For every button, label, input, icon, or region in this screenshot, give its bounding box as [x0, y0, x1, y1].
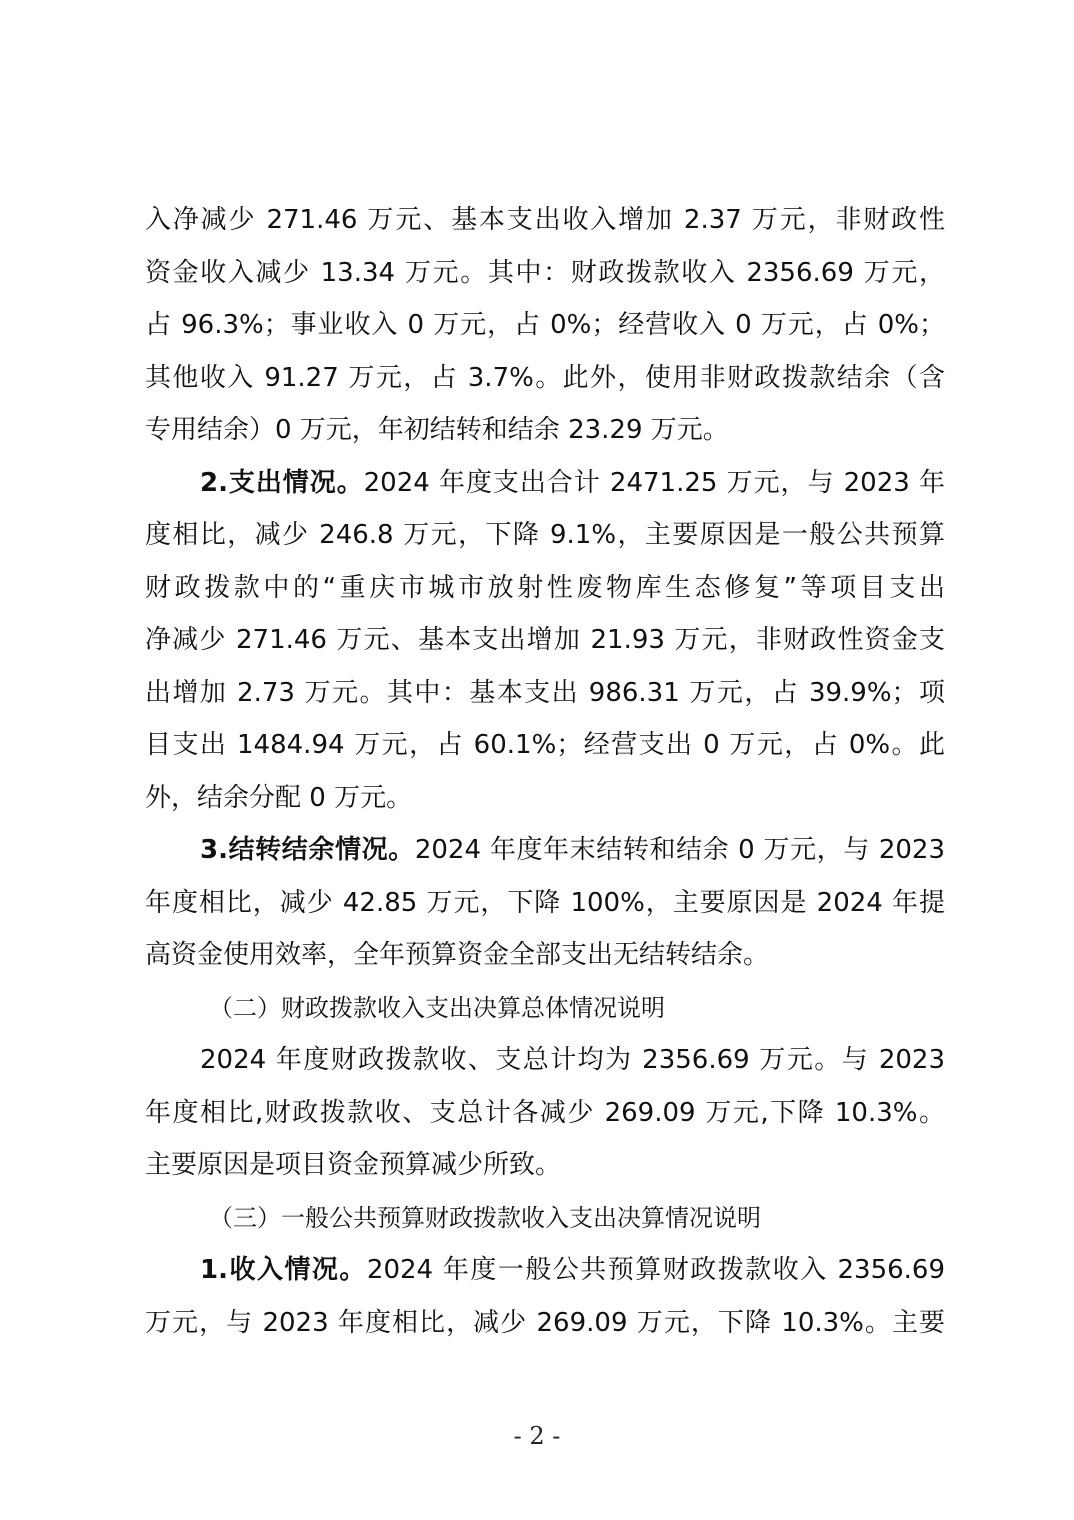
paragraph-line: 目支出 1484.94 万元，占 60.1%；经营支出 0 万元，占 0%。此: [145, 719, 945, 772]
carryover-first-line-text: 2024 年度年末结转和结余 0 万元，与 2023: [415, 835, 945, 865]
paragraph-line: 外，结余分配 0 万元。: [145, 772, 945, 825]
expenditure-paragraph-first-line: 2.支出情况。2024 年度支出合计 2471.25 万元，与 2023 年: [145, 457, 945, 510]
paragraph-line: 占 96.3%；事业收入 0 万元，占 0%；经营收入 0 万元，占 0%；: [145, 299, 945, 352]
paragraph-line: 万元，与 2023 年度相比，减少 269.09 万元，下降 10.3%。主要: [145, 1297, 945, 1350]
paragraph-line: 专用结余）0 万元，年初结转和结余 23.29 万元。: [145, 404, 945, 457]
income-paragraph-first-line: 1.收入情况。2024 年度一般公共预算财政拨款收入 2356.69: [145, 1244, 945, 1297]
paragraph-line: 其他收入 91.27 万元，占 3.7%。此外，使用非财政拨款结余（含: [145, 352, 945, 405]
expenditure-label: 2.支出情况。: [200, 468, 364, 498]
paragraph-line: 资金收入减少 13.34 万元。其中：财政拨款收入 2356.69 万元，: [145, 247, 945, 300]
document-page: 入净减少 271.46 万元、基本支出收入增加 2.37 万元，非财政性 资金收…: [145, 194, 945, 1349]
section-heading-2: （二）财政拨款收入支出决算总体情况说明: [145, 982, 945, 1035]
paragraph-line: 出增加 2.73 万元。其中：基本支出 986.31 万元，占 39.9%；项: [145, 667, 945, 720]
paragraph-line: 年度相比，减少 42.85 万元，下降 100%，主要原因是 2024 年提: [145, 877, 945, 930]
paragraph-line: 2024 年度财政拨款收、支总计均为 2356.69 万元。与 2023: [145, 1034, 945, 1087]
section-heading-3: （三）一般公共预算财政拨款收入支出决算情况说明: [145, 1192, 945, 1245]
carryover-paragraph-first-line: 3.结转结余情况。2024 年度年末结转和结余 0 万元，与 2023: [145, 824, 945, 877]
paragraph-line: 净减少 271.46 万元、基本支出增加 21.93 万元，非财政性资金支: [145, 614, 945, 667]
paragraph-line: 年度相比,财政拨款收、支总计各减少 269.09 万元,下降 10.3%。: [145, 1087, 945, 1140]
paragraph-line: 财政拨款中的“重庆市城市放射性废物库生态修复”等项目支出: [145, 562, 945, 615]
paragraph-line: 入净减少 271.46 万元、基本支出收入增加 2.37 万元，非财政性: [145, 194, 945, 247]
paragraph-line: 度相比，减少 246.8 万元，下降 9.1%，主要原因是一般公共预算: [145, 509, 945, 562]
expenditure-first-line-text: 2024 年度支出合计 2471.25 万元，与 2023 年: [364, 468, 945, 498]
carryover-label: 3.结转结余情况。: [200, 835, 415, 865]
paragraph-line: 高资金使用效率，全年预算资金全部支出无结转结余。: [145, 929, 945, 982]
paragraph-line: 主要原因是项目资金预算减少所致。: [145, 1139, 945, 1192]
income-first-line-text: 2024 年度一般公共预算财政拨款收入 2356.69: [367, 1255, 945, 1285]
page-number: - 2 -: [0, 1422, 1074, 1450]
income-label: 1.收入情况。: [200, 1255, 367, 1285]
